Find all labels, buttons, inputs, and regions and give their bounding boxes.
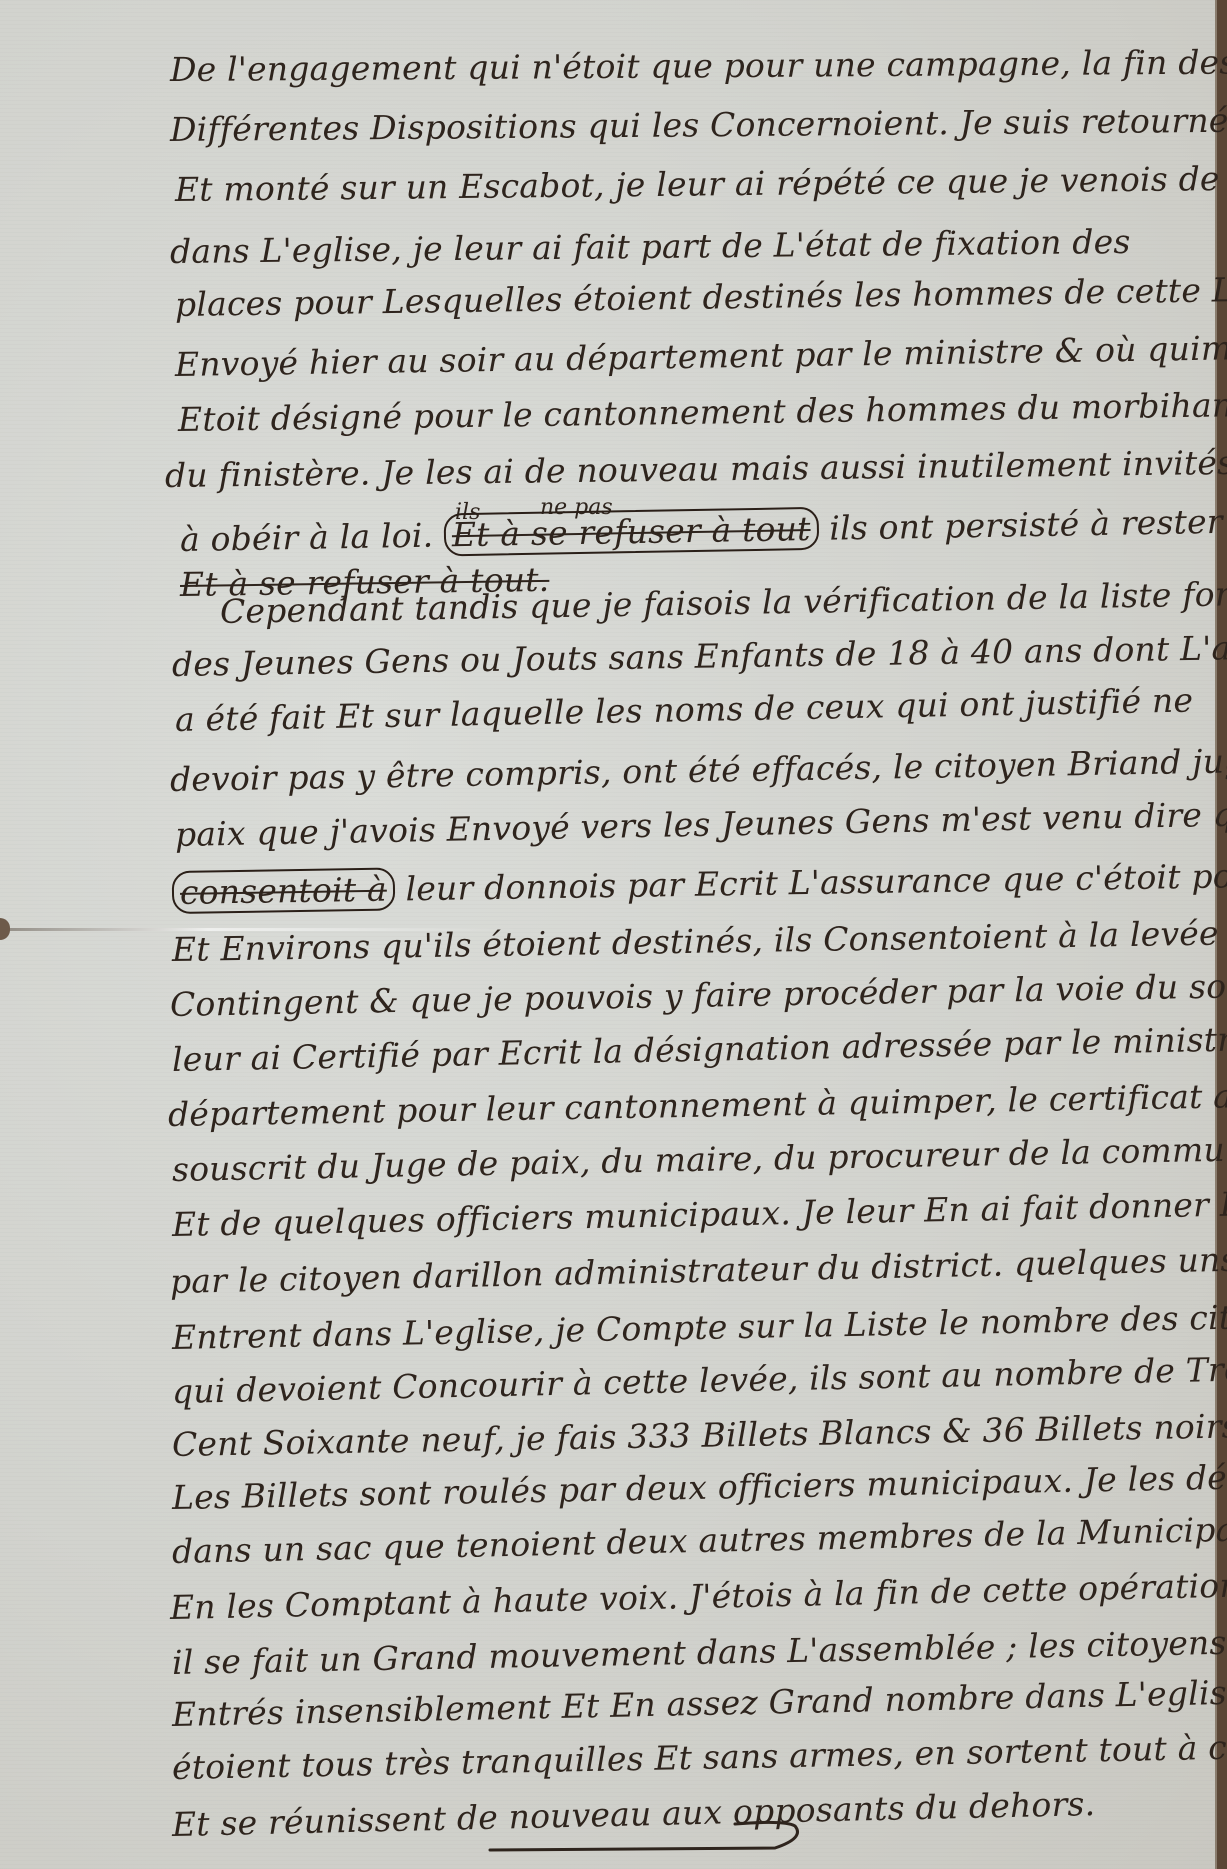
manuscript-line-13: devoir pas y être compris, ont été effac… xyxy=(170,742,1201,799)
manuscript-line-23: Entrent dans L'eglise, je Compte sur la … xyxy=(172,1298,1203,1357)
manuscript-line-12: a été fait Et sur laquelle les noms de c… xyxy=(175,680,1206,739)
manuscript-line-24: qui devoient Concourir à cette levée, il… xyxy=(172,1350,1203,1411)
manuscript-line-16: Et Environs qu'ils étoient destinés, ils… xyxy=(172,914,1202,969)
manuscript-line-29: il se fait un Grand mouvement dans L'ass… xyxy=(172,1623,1203,1682)
manuscript-line-1: De l'engagement qui n'étoit que pour une… xyxy=(170,43,1200,89)
manuscript-line-25: Cent Soixante neuf, je fais 333 Billets … xyxy=(172,1407,1203,1464)
closing-flourish-icon xyxy=(485,1818,815,1858)
manuscript-page: De l'engagement qui n'étoit que pour une… xyxy=(0,0,1217,1869)
line-9-start: à obéir à la loi. xyxy=(180,516,434,559)
manuscript-line-31: étoient tous très tranquilles Et sans ar… xyxy=(172,1728,1203,1787)
manuscript-line-28: En les Comptant à haute voix. J'étois à … xyxy=(170,1566,1201,1627)
circled-struck-phrase: Et à se refuser à tout xyxy=(444,507,819,557)
manuscript-line-15: consentoit à leur donnois par Ecrit L'as… xyxy=(172,857,1202,912)
manuscript-line-9: à obéir à la loi. Et à se refuser à tout… xyxy=(180,502,1211,559)
manuscript-line-21: Et de quelques officiers municipaux. Je … xyxy=(172,1185,1203,1244)
manuscript-line-14: paix que j'avois Envoyé vers les Jeunes … xyxy=(175,795,1206,854)
manuscript-line-2: Différentes Dispositions qui les Concern… xyxy=(170,101,1200,149)
manuscript-line-27: dans un sac que tenoient deux autres mem… xyxy=(172,1510,1203,1571)
line-15-text: leur donnois par Ecrit L'assurance que c… xyxy=(405,853,1227,908)
manuscript-line-30: Entrés insensiblement Et En assez Grand … xyxy=(172,1673,1203,1734)
manuscript-line-4: dans L'eglise, je leur ai fait part de L… xyxy=(170,221,1200,271)
manuscript-line-11: des Jeunes Gens ou Jouts sans Enfants de… xyxy=(172,629,1202,684)
manuscript-line-3: Et monté sur un Escabot, je leur ai répé… xyxy=(175,159,1205,209)
manuscript-line-7: Etoit désigné pour le cantonnement des h… xyxy=(178,386,1208,439)
manuscript-line-19: département pour leur cantonnement à qui… xyxy=(168,1077,1199,1134)
manuscript-line-8: du finistère. Je les ai de nouveau mais … xyxy=(165,443,1195,495)
manuscript-line-5: places pour Lesquelles étoient destinés … xyxy=(175,271,1205,324)
line-9-end: ils ont persisté à rester dehors xyxy=(829,500,1227,548)
manuscript-line-6: Envoyé hier au soir au département par l… xyxy=(175,329,1205,384)
paper-fold-tear xyxy=(0,918,10,940)
manuscript-line-18: leur ai Certifié par Ecrit la désignatio… xyxy=(172,1020,1203,1079)
circled-struck-consentoit: consentoit à xyxy=(172,868,395,914)
manuscript-line-26: Les Billets sont roulés par deux officie… xyxy=(172,1458,1203,1517)
manuscript-line-17: Contingent & que je pouvois y faire proc… xyxy=(170,967,1201,1024)
manuscript-line-20: souscrit du Juge de paix, du maire, du p… xyxy=(172,1130,1203,1189)
manuscript-line-22: par le citoyen darillon administrateur d… xyxy=(170,1240,1201,1301)
